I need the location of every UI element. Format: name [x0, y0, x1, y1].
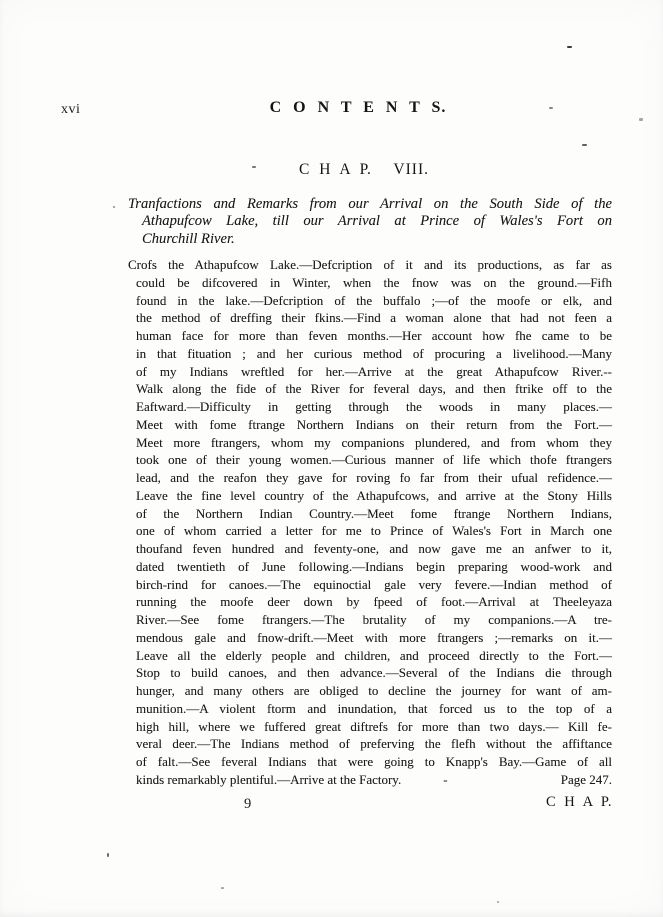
abstract-line: the method of dreffing their fkins.—Find… [128, 309, 612, 327]
scan-speck [107, 853, 109, 857]
argument-line: Churchill River. [128, 231, 612, 248]
abstract-line: lead, and the reafon they gave for rovin… [128, 469, 612, 487]
scan-speck [221, 887, 224, 889]
running-head-contents: C O N T E N T S. [128, 99, 612, 117]
abstract-last-line-text: kinds remarkably plentiful.—Arrive at th… [136, 771, 401, 789]
abstract-line: could be difcovered in Winter, when the … [128, 274, 612, 292]
abstract-line: River.—See fome ftrangers.—The brutality… [128, 611, 612, 629]
abstract-line: Meet more ftrangers, whom my companions … [128, 434, 612, 452]
abstract-line: Walk along the fide of the River for fev… [128, 380, 612, 398]
abstract-line: thoufand feven hundred and feventy-one, … [128, 540, 612, 558]
abstract-line: one of whom carried a letter for me to P… [128, 522, 612, 540]
abstract-line: veral deer.—The Indians method of prefer… [128, 735, 612, 753]
abstract-line: munition.—A violent ftorm and inundation… [128, 700, 612, 718]
folio-page-number: xvi [61, 102, 80, 118]
chapter-heading-label: C H A P. [299, 161, 371, 178]
abstract-line: dated twentieth of June following.—India… [128, 558, 612, 576]
leader-dash: - [443, 771, 447, 789]
scan-speck [113, 206, 115, 208]
abstract-line: Stop to build canoes, and then advance.—… [128, 664, 612, 682]
scan-speck [549, 107, 553, 109]
abstract-line: took one of their young women.—Curious m… [128, 451, 612, 469]
chapter-abstract: Crofs the Athapufcow Lake.—Defcription o… [128, 256, 612, 789]
scan-speck [252, 166, 256, 168]
abstract-line: Leave the fine level country of the Atha… [128, 487, 612, 505]
argument-line: Tranfactions and Remarks from our Arriva… [128, 196, 612, 213]
page-reference: Page 247. [561, 771, 612, 789]
abstract-line: of falt.—See feveral Indians that were g… [128, 753, 612, 771]
abstract-line: found in the lake.—Defcription of the bu… [128, 292, 612, 310]
chapter-argument: Tranfactions and Remarks from our Arriva… [128, 196, 612, 248]
abstract-line: of the Northern Indian Country.—Meet fom… [128, 505, 612, 523]
scan-speck [639, 118, 643, 121]
scan-speck [582, 144, 587, 146]
abstract-line: birch-rind for canoes.—The equinoctial g… [128, 576, 612, 594]
abstract-last-line: kinds remarkably plentiful.—Arrive at th… [128, 771, 612, 789]
abstract-line: hunger, and many others are obliged to d… [128, 682, 612, 700]
catchword: C H A P. [128, 794, 612, 811]
abstract-line: Eaftward.—Difficulty in getting through … [128, 398, 612, 416]
scan-speck [497, 901, 499, 903]
abstract-line: Meet with fome ftrange Northern Indians … [128, 416, 612, 434]
abstract-line: mendous gale and fnow-drift.—Meet with m… [128, 629, 612, 647]
scan-speck [567, 46, 572, 48]
chapter-abstract-lines: Crofs the Athapufcow Lake.—Defcription o… [128, 256, 612, 771]
abstract-line: human face for more than feven months.—H… [128, 327, 612, 345]
chapter-heading-number: VIII. [393, 161, 429, 178]
book-page: xvi C O N T E N T S. C H A P.VIII. Tranf… [0, 0, 663, 917]
abstract-line: Leave all the elderly people and childre… [128, 647, 612, 665]
abstract-line: Crofs the Athapufcow Lake.—Defcription o… [128, 256, 612, 274]
chapter-heading: C H A P.VIII. [128, 161, 600, 179]
argument-line: Athapufcow Lake, till our Arrival at Pri… [128, 213, 612, 230]
abstract-line: high hill, where we fuffered great diftr… [128, 718, 612, 736]
abstract-line: in that fituation ; and her curious meth… [128, 345, 612, 363]
abstract-line: running the moofe deer down by fpeed of … [128, 593, 612, 611]
abstract-line: of my Indians wreftled for her.—Arrive a… [128, 363, 612, 381]
